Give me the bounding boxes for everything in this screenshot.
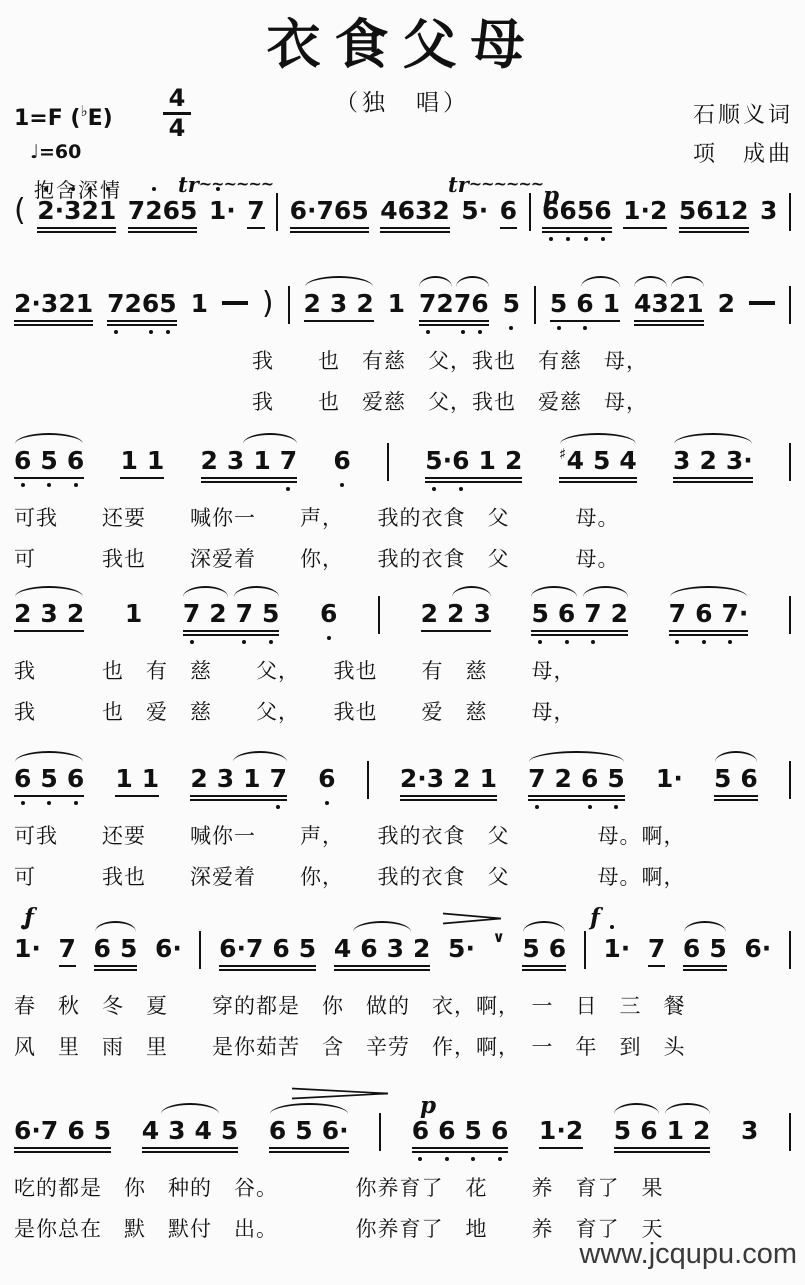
beam-line	[94, 969, 138, 971]
octave-dot-above	[216, 187, 220, 191]
note-char: 2	[693, 1116, 710, 1146]
note-group: 2·321	[14, 289, 93, 319]
lyrics-line: 可 我也 深爱着 你， 我的衣食 父 母。啊，	[14, 861, 686, 891]
note-char	[313, 1116, 322, 1146]
note-group: 1·2	[539, 1116, 583, 1146]
note-group: 1·	[603, 934, 630, 964]
note-group: 1 1	[115, 764, 159, 794]
lyrics-line: 吃的都是 你 种的 谷。 你养育了 花 养 育了 果	[14, 1172, 664, 1202]
note-char: 7	[236, 599, 253, 629]
note-group: 2 3 1 7	[201, 446, 298, 476]
note-char: 2	[718, 289, 735, 319]
barline	[387, 443, 389, 481]
slur-arc	[715, 751, 757, 762]
beam-line	[559, 481, 637, 483]
note-char	[540, 934, 549, 964]
octave-dot-below	[325, 801, 329, 805]
note-group: 6·7 6 5	[219, 934, 316, 964]
dynamic-mark: p	[420, 1092, 436, 1119]
note-char	[438, 599, 447, 629]
lyrics-line: 风 里 雨 里 是你茹苦 含 辛劳 作，啊， 一 年 到 头	[14, 1031, 686, 1061]
beam-line	[14, 1151, 111, 1153]
note-group: 6	[333, 446, 350, 476]
note-char: 5	[120, 934, 137, 964]
beam-line	[219, 969, 316, 971]
octave-dot-below	[591, 640, 595, 644]
music-row: 6 5 61 12 3 1 762·3 2 17 2 6 51·5 6	[0, 764, 805, 799]
note-char: 6	[491, 1116, 508, 1146]
note-char: 2	[432, 196, 449, 226]
octave-dot-below	[702, 640, 706, 644]
octave-dot-below	[166, 330, 170, 334]
beam-line	[673, 477, 753, 479]
note-char: ·	[339, 1116, 349, 1146]
beam-line	[550, 320, 620, 322]
note-char: 3	[415, 196, 432, 226]
note-group: 6·7 6 5	[14, 1116, 111, 1146]
note-char: 3	[217, 764, 234, 794]
beam-line	[190, 795, 287, 797]
note-group: 6·765	[290, 196, 369, 226]
note-char	[496, 446, 505, 476]
note-char: 7	[246, 934, 263, 964]
half-note-dash	[749, 301, 775, 305]
note-char: 6	[744, 934, 761, 964]
subtitle: （独 唱）	[0, 84, 805, 117]
note-char: 4	[567, 446, 584, 476]
octave-dot-below	[535, 805, 539, 809]
decrescendo-hairpin	[292, 1085, 388, 1104]
note-char: 1	[115, 764, 132, 794]
beam-line	[115, 795, 159, 797]
lyrics-line: 可我 还要 喊你一 声， 我的衣食 父 母。啊，	[14, 820, 686, 850]
octave-dot-below	[276, 805, 280, 809]
note-char: 1	[603, 934, 620, 964]
note-group: 5 6	[522, 934, 566, 964]
note-char	[58, 599, 67, 629]
note-group: 1·	[656, 764, 683, 794]
half-note-dash	[222, 301, 248, 305]
octave-dot-below	[459, 487, 463, 491]
note-group: 3	[741, 1116, 758, 1146]
note-char	[218, 446, 227, 476]
note-char: 7	[721, 599, 738, 629]
note-char: 5	[503, 289, 520, 319]
lyrics-line: 春 秋 冬 夏 穿的都是 你 做的 衣，啊， 一 日 三 餐	[14, 990, 686, 1020]
beam-line	[673, 481, 753, 483]
note-char: 6	[438, 1116, 455, 1146]
beam-line	[419, 320, 489, 322]
dynamic-mark: f	[590, 904, 600, 931]
note-group: 6 5	[94, 934, 138, 964]
note-char: ·	[739, 599, 749, 629]
beam-line	[37, 227, 116, 229]
note-char: 6	[696, 196, 713, 226]
sheet-music-page: 衣食父母 （独 唱） 1=F (♭E) 4 4 ♩=60 抱含深情 石顺义词 项…	[0, 0, 805, 1285]
note-char: 2	[58, 289, 75, 319]
beam-line	[528, 795, 625, 797]
site-watermark: www.jcqupu.com	[579, 1238, 797, 1271]
note-char: ·	[465, 934, 475, 964]
note-char: 5	[614, 1116, 631, 1146]
note-char: ·	[31, 1116, 41, 1146]
octave-dot-below	[565, 640, 569, 644]
note-char: ·	[762, 934, 772, 964]
note-char: 7	[454, 289, 471, 319]
note-char: 2	[14, 289, 31, 319]
note-char	[321, 289, 330, 319]
beam-line	[201, 481, 298, 483]
note-group: 5 6 1	[550, 289, 620, 319]
note-char: 6	[269, 1116, 286, 1146]
note-char: 5	[180, 196, 197, 226]
note-char: ·	[621, 934, 631, 964]
note-char: ·	[556, 1116, 566, 1146]
trill-wave: ~~~~~~	[199, 174, 273, 193]
beam-line	[128, 231, 198, 233]
note-char: ·	[479, 196, 489, 226]
lyrics-line: 可我 还要 喊你一 声， 我的衣食 父 母。	[14, 502, 620, 532]
note-char: 1	[120, 446, 137, 476]
note-char	[58, 764, 67, 794]
note-group: 3 2 3·	[673, 446, 753, 476]
octave-dot-below	[445, 1157, 449, 1161]
note-char: 7	[419, 289, 436, 319]
note-char: ·	[443, 446, 453, 476]
note-char: 3	[651, 289, 668, 319]
note-char: 7	[247, 196, 264, 226]
note-char: 5	[461, 196, 478, 226]
note-group: 6·	[744, 934, 771, 964]
note-char	[133, 764, 142, 794]
beam-line	[269, 1147, 349, 1149]
note-group: 1	[388, 289, 405, 319]
trill-mark: tr~~~~~~	[178, 172, 273, 197]
music-system: 6 5 61 12 3 1 762·3 2 17 2 6 51·5 6可我 还要…	[0, 764, 805, 916]
note-char: 4	[380, 196, 397, 226]
note-char: 7	[183, 599, 200, 629]
note-group: 2 3 1 7	[190, 764, 287, 794]
note-char: 6	[740, 764, 757, 794]
slur-arc	[15, 751, 83, 762]
note-char: 7	[128, 196, 145, 226]
note-group: 5 6 1 2	[614, 1116, 711, 1146]
note-char	[159, 1116, 168, 1146]
note-char: 2	[304, 289, 321, 319]
note-char: 2	[413, 934, 430, 964]
music-row: (2·32172651·76·76546325·666561·256123	[0, 196, 805, 231]
note-char: 2	[555, 764, 572, 794]
note-char: 5	[40, 764, 57, 794]
barline	[789, 286, 791, 324]
note-group: 7265	[128, 196, 198, 226]
note-group: 6	[500, 196, 517, 226]
note-char	[290, 934, 299, 964]
note-group: 6 6 5 6	[412, 1116, 509, 1146]
barline	[288, 286, 290, 324]
note-char: 4	[619, 446, 636, 476]
beam-line	[500, 227, 517, 229]
note-char: 6	[67, 446, 84, 476]
beam-line	[542, 231, 612, 233]
note-char: 3	[473, 599, 490, 629]
note-char: 5	[714, 764, 731, 794]
beam-line	[94, 965, 138, 967]
beam-line	[380, 231, 450, 233]
beam-line	[679, 231, 749, 233]
note-char: ·	[236, 934, 246, 964]
breath-mark: ∨	[493, 922, 505, 952]
note-group: 5	[503, 289, 520, 319]
note-char: 5	[531, 599, 548, 629]
beam-line	[421, 630, 491, 632]
note-char	[58, 1116, 67, 1146]
beam-line	[201, 477, 298, 479]
note-char: 2	[566, 1116, 583, 1146]
note-char: 1	[125, 599, 142, 629]
note-char: 6	[94, 934, 111, 964]
trill-label: tr	[448, 172, 469, 197]
note-char: 6	[142, 289, 159, 319]
note-group: 7	[648, 934, 665, 964]
note-char: 1	[142, 764, 159, 794]
note-char: 6	[334, 196, 351, 226]
octave-dot-below	[149, 330, 153, 334]
note-char: 1	[209, 196, 226, 226]
barline	[789, 596, 791, 634]
note-char: ·	[307, 196, 317, 226]
key-signature: 1=F (♭E)	[14, 102, 113, 131]
note-char: 2	[190, 764, 207, 794]
note-char: 3	[330, 289, 347, 319]
note-char: 1	[479, 446, 496, 476]
note-char: 6	[412, 1116, 429, 1146]
note-char: 5	[465, 1116, 482, 1146]
music-row: 6 5 61 12 3 1 765·6 1 2♯4 5 43 2 3·	[0, 446, 805, 481]
barline	[378, 596, 380, 634]
note-char	[584, 446, 593, 476]
note-char: 2	[731, 196, 748, 226]
note-char: 1	[14, 934, 31, 964]
note-char	[575, 599, 584, 629]
trill-mark: tr~~~~~~	[448, 172, 543, 197]
lyrics-line: 可 我也 深爱着 你， 我的衣食 父 母。	[14, 543, 620, 573]
note-char	[610, 446, 619, 476]
note-char: 7	[528, 764, 545, 794]
note-group: 2·321	[37, 196, 116, 226]
note-char: 3	[387, 934, 404, 964]
note-char: 3	[673, 446, 690, 476]
note-char: 6	[576, 289, 593, 319]
note-group: 6 5 6	[14, 446, 84, 476]
note-char	[456, 1116, 465, 1146]
slur-arc	[665, 1103, 710, 1114]
note-char	[731, 764, 740, 794]
note-char: 5	[425, 446, 442, 476]
note-char: 6	[398, 196, 415, 226]
note-char: 2	[209, 599, 226, 629]
note-char: 2	[201, 446, 218, 476]
lyricist-credit: 石顺义词	[693, 98, 793, 129]
lyrics-line: 我 也 有 慈 父， 我也 有 慈 母，	[14, 655, 576, 685]
note-char	[138, 446, 147, 476]
note-char: 2	[421, 599, 438, 629]
octave-dot-below	[327, 636, 331, 640]
note-char: 2	[124, 289, 141, 319]
note-group: 4 6 3 2	[334, 934, 431, 964]
note-char: ·	[673, 764, 683, 794]
beam-line	[634, 324, 704, 326]
octave-dot-below	[114, 330, 118, 334]
music-system: 2 3 217 2 7 562 2 35 6 7 27 6 7·我 也 有 慈 …	[0, 599, 805, 751]
note-char: 1	[480, 764, 497, 794]
note-char	[572, 764, 581, 794]
octave-dot-below	[432, 487, 436, 491]
note-char	[429, 1116, 438, 1146]
note-char: 5	[709, 934, 726, 964]
note-char: 7	[41, 1116, 58, 1146]
beam-line	[290, 227, 369, 229]
note-char: 2	[14, 599, 31, 629]
note-char: 1	[243, 764, 260, 794]
note-group: 1	[191, 289, 208, 319]
note-group: 5 6 7 2	[531, 599, 628, 629]
barline	[789, 193, 791, 231]
octave-dot-below	[190, 640, 194, 644]
octave-dot-below	[498, 1157, 502, 1161]
note-char	[286, 1116, 295, 1146]
beam-line	[142, 1147, 239, 1149]
music-row: 2 3 217 2 7 562 2 35 6 7 27 6 7·	[0, 599, 805, 634]
note-char: 4	[142, 1116, 159, 1146]
note-group: 4632	[380, 196, 450, 226]
beam-line	[380, 227, 450, 229]
beam-line	[14, 630, 84, 632]
note-char: 6	[695, 599, 712, 629]
octave-dot-below	[588, 805, 592, 809]
note-group: 6656	[542, 196, 612, 226]
note-group: 7265	[107, 289, 177, 319]
beam-line	[128, 227, 198, 229]
beam-line	[219, 965, 316, 967]
barline	[789, 1113, 791, 1151]
note-group: 5·	[448, 934, 475, 964]
beam-line	[334, 969, 431, 971]
note-char: 1	[191, 289, 208, 319]
beam-line	[714, 799, 758, 801]
note-char	[227, 599, 236, 629]
note-char: 6	[683, 934, 700, 964]
music-row: 2·32172651)2 3 21727655 6 143212	[0, 289, 805, 324]
note-char: 3	[64, 196, 81, 226]
note-char: 1	[76, 289, 93, 319]
note-char: 6	[155, 934, 172, 964]
note-char: 6	[581, 764, 598, 794]
music-row: 6·7 6 54 3 4 56 5 6·6 6 5 61·25 6 1 23	[0, 1116, 805, 1151]
octave-dot-below	[478, 330, 482, 334]
beam-line	[683, 965, 727, 967]
barline	[367, 761, 369, 799]
octave-dot-below	[74, 483, 78, 487]
note-group: 3	[760, 196, 777, 226]
beam-line	[425, 477, 522, 479]
note-char: 5	[299, 934, 316, 964]
note-char	[404, 934, 413, 964]
octave-dot-below	[340, 483, 344, 487]
note-char	[347, 289, 356, 319]
parenthesis: (	[14, 196, 26, 226]
octave-dot-below	[538, 640, 542, 644]
note-char: 6	[320, 599, 337, 629]
music-system: ff1·76 56·6·7 6 54 6 3 25·∨5 61·76 56·春 …	[0, 934, 805, 1086]
music-row: 1·76 56·6·7 6 54 6 3 25·∨5 61·76 56·	[0, 934, 805, 969]
beam-line	[531, 634, 628, 636]
octave-dot-above	[21, 925, 25, 929]
note-char: 3	[41, 289, 58, 319]
beam-line	[107, 324, 177, 326]
octave-dot-below	[47, 801, 51, 805]
note-char	[234, 764, 243, 794]
note-char: 7	[280, 446, 297, 476]
octave-dot-below	[418, 1157, 422, 1161]
time-signature-numerator: 4	[163, 86, 191, 115]
note-char: 2	[400, 764, 417, 794]
note-char: 3	[726, 446, 743, 476]
note-char	[208, 764, 217, 794]
note-char: 5	[550, 289, 567, 319]
note-group: 7 6 7·	[669, 599, 749, 629]
octave-dot-below	[601, 237, 605, 241]
note-char: 6	[290, 196, 307, 226]
beam-line	[614, 1147, 711, 1149]
lyrics-line: 是你总在 默 默付 出。 你养育了 地 养 育了 天	[14, 1213, 664, 1243]
octave-dot-below	[269, 640, 273, 644]
note-char	[549, 599, 558, 629]
octave-dot-above	[71, 187, 75, 191]
note-char: 7	[669, 599, 686, 629]
beam-line	[400, 795, 497, 797]
note-char: 3	[168, 1116, 185, 1146]
note-char	[658, 1116, 667, 1146]
octave-dot-below	[584, 237, 588, 241]
composer-credit: 项 成曲	[693, 137, 793, 168]
note-char: 3	[40, 599, 57, 629]
trill-wave: ~~~~~~	[469, 174, 543, 193]
slur-arc	[233, 751, 287, 762]
note-char: 6	[640, 1116, 657, 1146]
trill-label: tr	[178, 172, 199, 197]
note-char: 6	[360, 934, 377, 964]
note-char	[690, 446, 699, 476]
note-group: 2	[718, 289, 735, 319]
note-char: 5	[522, 934, 539, 964]
note-char: 5	[221, 1116, 238, 1146]
note-group: ♯4 5 4	[559, 446, 637, 476]
note-group: 1·	[209, 196, 236, 226]
beam-line	[634, 320, 704, 322]
note-group: 1·	[14, 934, 41, 964]
note-char: 2	[447, 599, 464, 629]
octave-dot-below	[509, 326, 513, 330]
beam-line	[683, 969, 727, 971]
beam-line	[183, 630, 280, 632]
note-char: 5	[262, 599, 279, 629]
barline	[199, 931, 201, 969]
beam-line	[614, 1151, 711, 1153]
note-char: 5	[593, 446, 610, 476]
barline	[529, 193, 531, 231]
note-char: 1	[656, 764, 673, 794]
